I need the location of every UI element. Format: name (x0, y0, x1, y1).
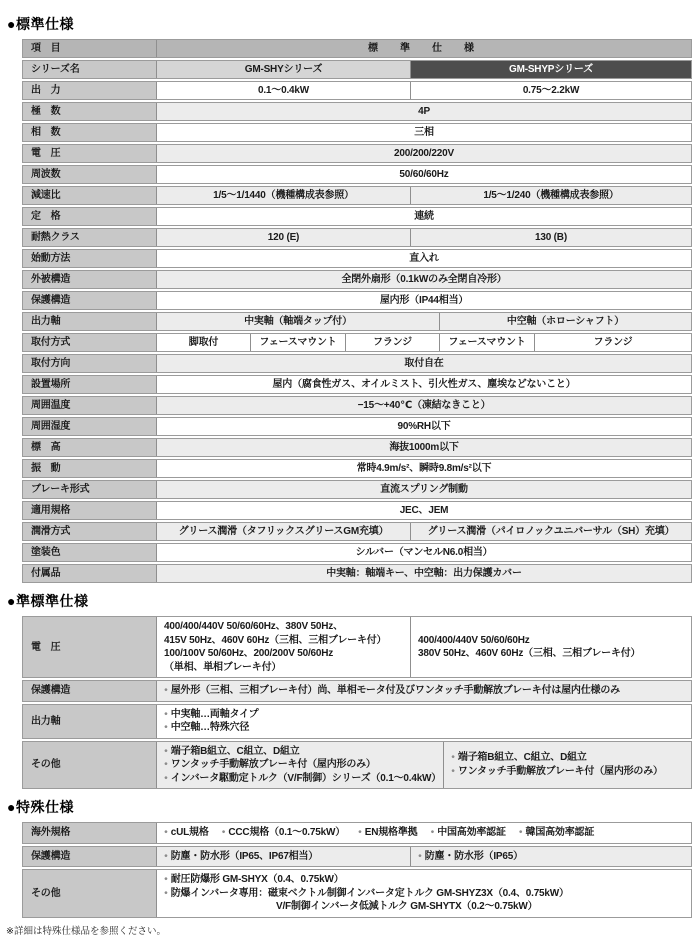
table-row: 保護構造屋内形（IP44相当） (22, 291, 692, 310)
row-label: 出力軸 (23, 705, 156, 738)
cell-text: cUL規格 (171, 827, 209, 838)
cell-line: 400/400/440V 50/60/60Hz、380V 50Hz、 (164, 620, 343, 634)
row-label: 出 力 (23, 82, 156, 99)
table-cell: 0.1～0.4kW (157, 82, 410, 99)
table-cell: −15～+40℃（凍結なきこと） (157, 397, 691, 414)
cell-text: EN規格準拠 (365, 827, 418, 838)
cell-line: ●中空軸…特殊穴径 (164, 721, 249, 735)
bullet-icon: ● (519, 830, 523, 837)
row-label: 潤滑方式 (23, 523, 156, 540)
row-label: 設置場所 (23, 376, 156, 393)
cell-segment: ●端子箱B組立、C組立、D組立 (164, 746, 300, 757)
cell-text: 防爆インバータ専用：磁束ベクトル制御インバータ定トルク GM-SHYZ3X（0.… (171, 888, 569, 899)
special-spec-table: 海外規格●cUL規格●CCC規格（0.1～0.75kW）●EN規格準拠●中国高効… (22, 822, 692, 918)
table-cell: 取付自在 (157, 355, 691, 372)
table-row: 出力軸中実軸（軸端タップ付）中空軸（ホローシャフト） (22, 312, 692, 331)
catalog-page: ●標準仕様 項 目標 準 仕 様シリーズ名GM-SHYシリーズGM-SHYPシリ… (0, 0, 696, 937)
table-row: 設置場所屋内（腐食性ガス、オイルミスト、引火性ガス、塵埃などないこと） (22, 375, 692, 394)
table-cell: 連続 (157, 208, 691, 225)
table-cell: 400/400/440V 50/60/60Hz、380V 50Hz、415V 5… (157, 617, 410, 677)
table-cell: グリース潤滑（タフリックスグリースGM充填） (157, 523, 410, 540)
table-row: 始動方法直入れ (22, 249, 692, 268)
cell-line: ●端子箱B組立、C組立、D組立 (451, 751, 587, 765)
table-row: 極 数4P (22, 102, 692, 121)
table-cell: 400/400/440V 50/60/60Hz380V 50Hz、460V 60… (411, 617, 691, 677)
cell-line: ●防塵・防水形（IP65） (418, 850, 523, 864)
table-row: ブレーキ形式直流スプリング制動 (22, 480, 692, 499)
table-cell: JEC、JEM (157, 502, 691, 519)
table-cell: 120 (E) (157, 229, 410, 246)
standard-spec-heading: ●標準仕様 (7, 14, 696, 34)
cell-line: ●防塵・防水形（IP65、IP67相当） (164, 850, 318, 864)
row-label: 耐熱クラス (23, 229, 156, 246)
table-row: 項 目標 準 仕 様 (22, 39, 692, 58)
cell-segment: ●防爆インバータ専用：磁束ベクトル制御インバータ定トルク GM-SHYZ3X（0… (164, 888, 569, 899)
bullet-icon: ● (164, 775, 168, 782)
table-cell: ●防塵・防水形（IP65、IP67相当） (157, 847, 410, 867)
table-row: 取付方向取付自在 (22, 354, 692, 373)
cell-text: 防塵・防水形（IP65） (425, 851, 523, 862)
cell-line: V/F制御インバータ低減トルク GM-SHYTX（0.2～0.75kW） (164, 900, 537, 914)
table-cell: 90%RH以下 (157, 418, 691, 435)
table-cell: 50/60/60Hz (157, 166, 691, 183)
row-label: 適用規格 (23, 502, 156, 519)
row-label: 外被構造 (23, 271, 156, 288)
cell-segment: ●中空軸…特殊穴径 (164, 722, 249, 733)
row-label: シリーズ名 (23, 61, 156, 78)
table-cell: 脚取付 (157, 334, 250, 351)
table-cell: 直入れ (157, 250, 691, 267)
cell-segment: ●防塵・防水形（IP65、IP67相当） (164, 851, 318, 862)
row-label: 相 数 (23, 124, 156, 141)
table-cell: 海抜1000m以下 (157, 439, 691, 456)
row-label: 付属品 (23, 565, 156, 582)
table-row: 保護構造●防塵・防水形（IP65、IP67相当）●防塵・防水形（IP65） (22, 846, 692, 868)
table-row: 耐熱クラス120 (E)130 (B) (22, 228, 692, 247)
cell-text: 端子箱B組立、C組立、D組立 (171, 746, 300, 757)
cell-line: 400/400/440V 50/60/60Hz (418, 634, 530, 648)
table-row: 潤滑方式グリース潤滑（タフリックスグリースGM充填）グリース潤滑（パイロノックユ… (22, 522, 692, 541)
cell-text: ワンタッチ手動解放ブレーキ付（屋内形のみ） (458, 766, 663, 777)
table-row: その他●耐圧防爆形 GM-SHYX（0.4、0.75kW）●防爆インバータ専用：… (22, 869, 692, 918)
row-label: 減速比 (23, 187, 156, 204)
cell-text: 400/400/440V 50/60/60Hz、380V 50Hz、 (164, 621, 343, 632)
cell-text: 韓国高効率認証 (526, 827, 595, 838)
bullet-icon: ● (451, 768, 455, 775)
table-cell: 1/5～1/1440（機種構成表参照） (157, 187, 410, 204)
table-cell: 常時4.9m/s²、瞬時9.8m/s²以下 (157, 460, 691, 477)
cell-text: 耐圧防爆形 GM-SHYX（0.4、0.75kW） (171, 874, 344, 885)
bullet-icon: ● (418, 853, 422, 860)
table-row: 定 格連続 (22, 207, 692, 226)
semi-standard-spec-table: 電 圧400/400/440V 50/60/60Hz、380V 50Hz、415… (22, 616, 692, 789)
cell-segment: ●屋外形（三相、三相ブレーキ付）尚、単相モータ付及びワンタッチ手動解放ブレーキ付… (164, 685, 620, 696)
bullet-icon: ● (164, 748, 168, 755)
cell-line: ●ワンタッチ手動解放ブレーキ付（屋内形のみ） (451, 765, 663, 779)
cell-text: 415V 50Hz、460V 60Hz（三相、三相ブレーキ付） (164, 635, 386, 646)
bullet-icon: ● (358, 830, 362, 837)
cell-segment: V/F制御インバータ低減トルク GM-SHYTX（0.2～0.75kW） (276, 901, 537, 912)
table-row: 適用規格JEC、JEM (22, 501, 692, 520)
row-label: 電 圧 (23, 617, 156, 677)
table-cell: フェースマウント (251, 334, 345, 351)
row-label: 項 目 (23, 40, 156, 57)
table-row: 出 力0.1～0.4kW0.75～2.2kW (22, 81, 692, 100)
bullet-icon: ● (164, 688, 168, 695)
table-cell: 1/5～1/240（機種構成表参照） (411, 187, 691, 204)
cell-line: （単相、単相ブレーキ付） (164, 661, 281, 675)
cell-segment: 380V 50Hz、460V 60Hz（三相、三相ブレーキ付） (418, 648, 640, 659)
table-row: 海外規格●cUL規格●CCC規格（0.1～0.75kW）●EN規格準拠●中国高効… (22, 822, 692, 844)
table-row: 標 高海抜1000m以下 (22, 438, 692, 457)
table-row: 周囲温度−15～+40℃（凍結なきこと） (22, 396, 692, 415)
series-gm-shyp-cell: GM-SHYPシリーズ (411, 61, 691, 78)
standard-spec-table: 項 目標 準 仕 様シリーズ名GM-SHYシリーズGM-SHYPシリーズ出 力0… (22, 39, 692, 583)
table-cell: 130 (B) (411, 229, 691, 246)
row-label: 電 圧 (23, 145, 156, 162)
special-spec-heading: ●特殊仕様 (7, 797, 696, 817)
cell-segment: ●中実軸…両軸タイプ (164, 709, 258, 720)
row-label: 標 高 (23, 439, 156, 456)
table-row: 外被構造全閉外扇形（0.1kWのみ全閉自冷形） (22, 270, 692, 289)
cell-line: 415V 50Hz、460V 60Hz（三相、三相ブレーキ付） (164, 634, 386, 648)
table-cell: フェースマウント (440, 334, 534, 351)
cell-text: インバータ駆動定トルク（V/F制御）シリーズ（0.1～0.4kW） (171, 773, 441, 784)
row-label: その他 (23, 870, 156, 917)
cell-segment: ●cUL規格 (164, 827, 209, 838)
cell-segment: ●ワンタッチ手動解放ブレーキ付（屋内形のみ） (164, 759, 376, 770)
table-cell: シルバー（マンセルN6.0相当） (157, 544, 691, 561)
cell-segment: ●CCC規格（0.1～0.75kW） (222, 827, 345, 838)
cell-text: 380V 50Hz、460V 60Hz（三相、三相ブレーキ付） (418, 648, 640, 659)
cell-segment: ●ワンタッチ手動解放ブレーキ付（屋内形のみ） (451, 766, 663, 777)
cell-segment: ●耐圧防爆形 GM-SHYX（0.4、0.75kW） (164, 874, 344, 885)
bullet-icon: ● (164, 711, 168, 718)
bullet-icon: ● (430, 830, 434, 837)
cell-text: 中国高効率認証 (437, 827, 506, 838)
bullet-icon: ● (164, 877, 168, 884)
standard-spec-header: 標 準 仕 様 (157, 40, 691, 57)
row-label: 周囲温度 (23, 397, 156, 414)
table-cell: 中実軸：軸端キー、中空軸：出力保護カバー (157, 565, 691, 582)
row-label: 取付方式 (23, 334, 156, 351)
cell-line: ●ワンタッチ手動解放ブレーキ付（屋内形のみ） (164, 758, 376, 772)
cell-line: 100/100V 50/60Hz、200/200V 50/60Hz (164, 647, 333, 661)
cell-line: ●cUL規格●CCC規格（0.1～0.75kW）●EN規格準拠●中国高効率認証●… (164, 826, 594, 840)
table-row: 電 圧400/400/440V 50/60/60Hz、380V 50Hz、415… (22, 616, 692, 678)
row-label: その他 (23, 742, 156, 789)
table-row: 振 動常時4.9m/s²、瞬時9.8m/s²以下 (22, 459, 692, 478)
cell-segment: （単相、単相ブレーキ付） (164, 662, 281, 673)
bullet-icon: ● (164, 762, 168, 769)
row-label: 保護構造 (23, 292, 156, 309)
bullet-icon: ● (164, 890, 168, 897)
cell-text: 中空軸…特殊穴径 (171, 722, 249, 733)
cell-text: V/F制御インバータ低減トルク GM-SHYTX（0.2～0.75kW） (276, 901, 537, 912)
table-cell: ●端子箱B組立、C組立、D組立●ワンタッチ手動解放ブレーキ付（屋内形のみ） (444, 742, 691, 789)
cell-segment: ●中国高効率認証 (430, 827, 505, 838)
row-label: 定 格 (23, 208, 156, 225)
cell-line: ●屋外形（三相、三相ブレーキ付）尚、単相モータ付及びワンタッチ手動解放ブレーキ付… (164, 684, 620, 698)
cell-line: ●端子箱B組立、C組立、D組立 (164, 745, 300, 759)
cell-text: 防塵・防水形（IP65、IP67相当） (171, 851, 318, 862)
semi-standard-spec-heading: ●準標準仕様 (7, 591, 696, 611)
table-cell: ●屋外形（三相、三相ブレーキ付）尚、単相モータ付及びワンタッチ手動解放ブレーキ付… (157, 681, 691, 701)
row-label: 海外規格 (23, 823, 156, 843)
table-cell: 4P (157, 103, 691, 120)
table-row: 減速比1/5～1/1440（機種構成表参照）1/5～1/240（機種構成表参照） (22, 186, 692, 205)
row-label: 周囲湿度 (23, 418, 156, 435)
table-cell: 200/200/220V (157, 145, 691, 162)
cell-line: 380V 50Hz、460V 60Hz（三相、三相ブレーキ付） (418, 647, 640, 661)
row-label: 保護構造 (23, 847, 156, 867)
table-row: 取付方式脚取付フェースマウントフランジフェースマウントフランジ (22, 333, 692, 352)
table-row: 保護構造●屋外形（三相、三相ブレーキ付）尚、単相モータ付及びワンタッチ手動解放ブ… (22, 680, 692, 702)
cell-segment: ●端子箱B組立、C組立、D組立 (451, 752, 587, 763)
cell-text: ワンタッチ手動解放ブレーキ付（屋内形のみ） (171, 759, 376, 770)
table-cell: 全閉外扇形（0.1kWのみ全閉自冷形） (157, 271, 691, 288)
table-row: 塗装色シルバー（マンセルN6.0相当） (22, 543, 692, 562)
cell-segment: ●韓国高効率認証 (519, 827, 594, 838)
footnote: ※詳細は特殊仕様品を参照ください。 (6, 923, 696, 937)
table-cell: ●耐圧防爆形 GM-SHYX（0.4、0.75kW）●防爆インバータ専用：磁束ベ… (157, 870, 691, 917)
row-label: 振 動 (23, 460, 156, 477)
bullet-icon: ● (164, 830, 168, 837)
row-label: 周波数 (23, 166, 156, 183)
table-row: 出力軸●中実軸…両軸タイプ●中空軸…特殊穴径 (22, 704, 692, 739)
table-cell: ●防塵・防水形（IP65） (411, 847, 691, 867)
cell-line: ●耐圧防爆形 GM-SHYX（0.4、0.75kW） (164, 873, 344, 887)
bullet-icon: ● (451, 755, 455, 762)
table-row: 相 数三相 (22, 123, 692, 142)
row-label: ブレーキ形式 (23, 481, 156, 498)
series-gm-shy-cell: GM-SHYシリーズ (157, 61, 410, 78)
cell-segment: 400/400/440V 50/60/60Hz、380V 50Hz、 (164, 621, 343, 632)
cell-text: 中実軸…両軸タイプ (171, 709, 259, 720)
table-row: 電 圧200/200/220V (22, 144, 692, 163)
table-cell: 0.75～2.2kW (411, 82, 691, 99)
cell-segment: 415V 50Hz、460V 60Hz（三相、三相ブレーキ付） (164, 635, 386, 646)
cell-text: CCC規格（0.1～0.75kW） (228, 827, 345, 838)
cell-segment: 100/100V 50/60Hz、200/200V 50/60Hz (164, 648, 333, 659)
table-row: 付属品中実軸：軸端キー、中空軸：出力保護カバー (22, 564, 692, 583)
table-row: 周囲湿度90%RH以下 (22, 417, 692, 436)
bullet-icon: ● (164, 725, 168, 732)
cell-line: ●インバータ駆動定トルク（V/F制御）シリーズ（0.1～0.4kW） (164, 772, 441, 786)
table-cell: 三相 (157, 124, 691, 141)
row-label: 極 数 (23, 103, 156, 120)
cell-segment: ●防塵・防水形（IP65） (418, 851, 523, 862)
table-row: その他●端子箱B組立、C組立、D組立●ワンタッチ手動解放ブレーキ付（屋内形のみ）… (22, 741, 692, 790)
cell-segment: ●EN規格準拠 (358, 827, 417, 838)
cell-text: 400/400/440V 50/60/60Hz (418, 635, 530, 646)
bullet-icon: ● (222, 830, 226, 837)
cell-line: ●防爆インバータ専用：磁束ベクトル制御インバータ定トルク GM-SHYZ3X（0… (164, 887, 569, 901)
row-label: 始動方法 (23, 250, 156, 267)
cell-text: 端子箱B組立、C組立、D組立 (458, 752, 587, 763)
cell-text: （単相、単相ブレーキ付） (164, 662, 281, 673)
bullet-icon: ● (164, 853, 168, 860)
table-cell: ●cUL規格●CCC規格（0.1～0.75kW）●EN規格準拠●中国高効率認証●… (157, 823, 691, 843)
row-label: 取付方向 (23, 355, 156, 372)
table-cell: グリース潤滑（パイロノックユニバーサル（SH）充填） (411, 523, 691, 540)
table-cell: フランジ (346, 334, 439, 351)
table-cell: ●端子箱B組立、C組立、D組立●ワンタッチ手動解放ブレーキ付（屋内形のみ）●イン… (157, 742, 443, 789)
row-label: 保護構造 (23, 681, 156, 701)
cell-line: ●中実軸…両軸タイプ (164, 708, 258, 722)
table-cell: 中実軸（軸端タップ付） (157, 313, 439, 330)
table-row: シリーズ名GM-SHYシリーズGM-SHYPシリーズ (22, 60, 692, 79)
cell-text: 屋外形（三相、三相ブレーキ付）尚、単相モータ付及びワンタッチ手動解放ブレーキ付は… (171, 685, 620, 696)
row-label: 塗装色 (23, 544, 156, 561)
cell-segment: 400/400/440V 50/60/60Hz (418, 635, 530, 646)
table-cell: 直流スプリング制動 (157, 481, 691, 498)
table-cell: 屋内（腐食性ガス、オイルミスト、引火性ガス、塵埃などないこと） (157, 376, 691, 393)
table-row: 周波数50/60/60Hz (22, 165, 692, 184)
cell-text: 100/100V 50/60Hz、200/200V 50/60Hz (164, 648, 333, 659)
table-cell: 屋内形（IP44相当） (157, 292, 691, 309)
table-cell: フランジ (535, 334, 691, 351)
table-cell: ●中実軸…両軸タイプ●中空軸…特殊穴径 (157, 705, 691, 738)
table-cell: 中空軸（ホローシャフト） (440, 313, 691, 330)
row-label: 出力軸 (23, 313, 156, 330)
cell-segment: ●インバータ駆動定トルク（V/F制御）シリーズ（0.1～0.4kW） (164, 773, 441, 784)
